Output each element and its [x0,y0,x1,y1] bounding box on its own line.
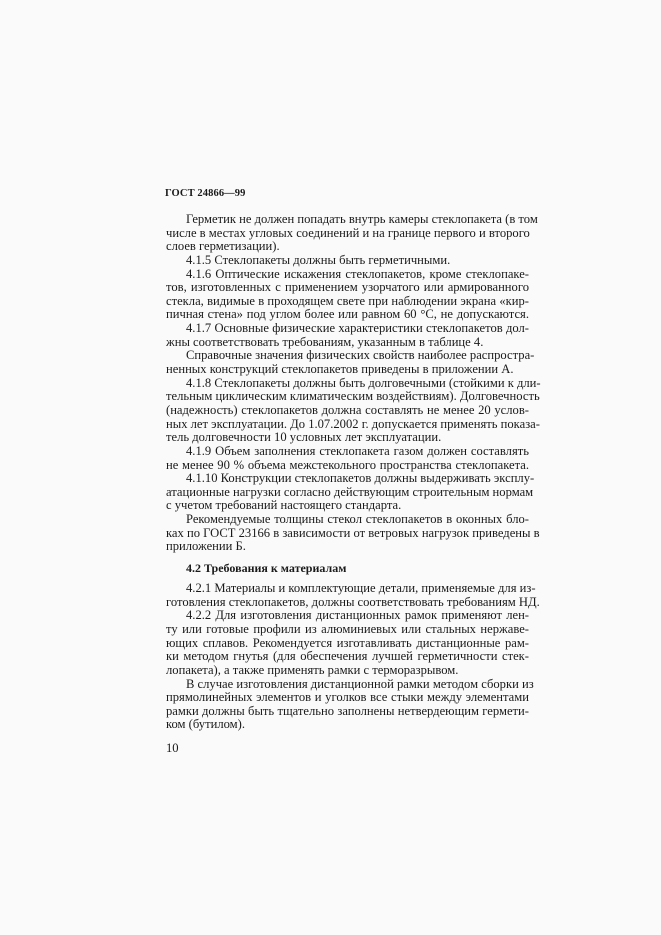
paragraph: 4.1.10 Конструкции стеклопакетов должны … [166,472,529,513]
text-line: слоев герметизации). [166,240,529,254]
text-line: тельным циклическим климатическим воздей… [166,390,529,404]
text-line: прямолинейных элементов и уголков все ст… [166,691,529,705]
text-line: Герметик не должен попадать внутрь камер… [166,213,529,227]
paragraph: 4.1.5 Стеклопакеты должны быть герметичн… [166,254,529,268]
paragraph: Справочные значения физических свойств н… [166,349,529,376]
text-line: 4.1.10 Конструкции стеклопакетов должны … [166,472,529,486]
text-line: рамки должны быть тщательно заполнены не… [166,705,529,719]
body-text: Герметик не должен попадать внутрь камер… [166,213,529,732]
text-line: 4.2.1 Материалы и комплектующие детали, … [166,582,529,596]
text-line: ненных конструкций стеклопакетов приведе… [166,363,529,377]
page-number: 10 [166,741,529,756]
text-line: пичная стена» под углом более или равном… [166,308,529,322]
paragraph: В случае изготовления дистанционной рамк… [166,678,529,733]
text-line: ки методом гнутья (для обеспечения лучше… [166,650,529,664]
text-line: тов, изготовленных с применением узорчат… [166,281,529,295]
text-line: не менее 90 % объема межстекольного прос… [166,459,529,473]
text-line: 4.2.2 Для изготовления дистанционных рам… [166,609,529,623]
text-line: (надежность) стеклопакетов должна состав… [166,404,529,418]
paragraph: Герметик не должен попадать внутрь камер… [166,213,529,254]
text-line: ющих сплавов. Рекомендуется изготавливат… [166,637,529,651]
text-line: Справочные значения физических свойств н… [166,349,529,363]
paragraph: 4.1.6 Оптические искажения стеклопакетов… [166,268,529,323]
running-title: ГОСТ 24866—99 [165,188,529,204]
text-line: В случае изготовления дистанционной рамк… [166,678,529,692]
text-line: Рекомендуемые толщины стекол стеклопакет… [166,513,529,527]
paragraph: 4.2.1 Материалы и комплектующие детали, … [166,582,529,609]
paragraph: 4.1.7 Основные физические характеристики… [166,322,529,349]
text-line: тель долговечности 10 условных лет экспл… [166,431,529,445]
paragraph: 4.1.9 Объем заполнения стеклопакета газо… [166,445,529,472]
text-line: атационные нагрузки согласно действующим… [166,486,529,500]
text-line: жны соответствовать требованиям, указанн… [166,336,529,350]
text-line: 4.1.5 Стеклопакеты должны быть герметичн… [166,254,529,268]
text-line: ных лет эксплуатации. До 1.07.2002 г. до… [166,418,529,432]
section-heading: 4.2 Требования к материалам [166,561,529,575]
paragraph: 4.1.8 Стеклопакеты должны быть долговечн… [166,377,529,445]
text-line: числе в местах угловых соединений и на г… [166,227,529,241]
text-line: стекла, видимые в проходящем свете при н… [166,295,529,309]
text-line: приложении Б. [166,540,529,554]
text-line: 4.1.9 Объем заполнения стеклопакета газо… [166,445,529,459]
text-line: ках по ГОСТ 23166 в зависимости от ветро… [166,527,529,541]
text-line: готовления стеклопакетов, должны соответ… [166,596,529,610]
paragraph: 4.2.2 Для изготовления дистанционных рам… [166,609,529,677]
text-line: 4.1.7 Основные физические характеристики… [166,322,529,336]
text-line: лопакета), а также применять рамки с тер… [166,664,529,678]
text-line: 4.1.6 Оптические искажения стеклопакетов… [166,268,529,282]
text-line: с учетом требований настоящего стандарта… [166,499,529,513]
text-line: 4.1.8 Стеклопакеты должны быть долговечн… [166,377,529,391]
paragraph: Рекомендуемые толщины стекол стеклопакет… [166,513,529,554]
text-line: ту или готовые профили из алюминиевых ил… [166,623,529,637]
text-line: ком (бутилом). [166,718,529,732]
document-page: ГОСТ 24866—99 Герметик не должен попадат… [166,188,529,756]
